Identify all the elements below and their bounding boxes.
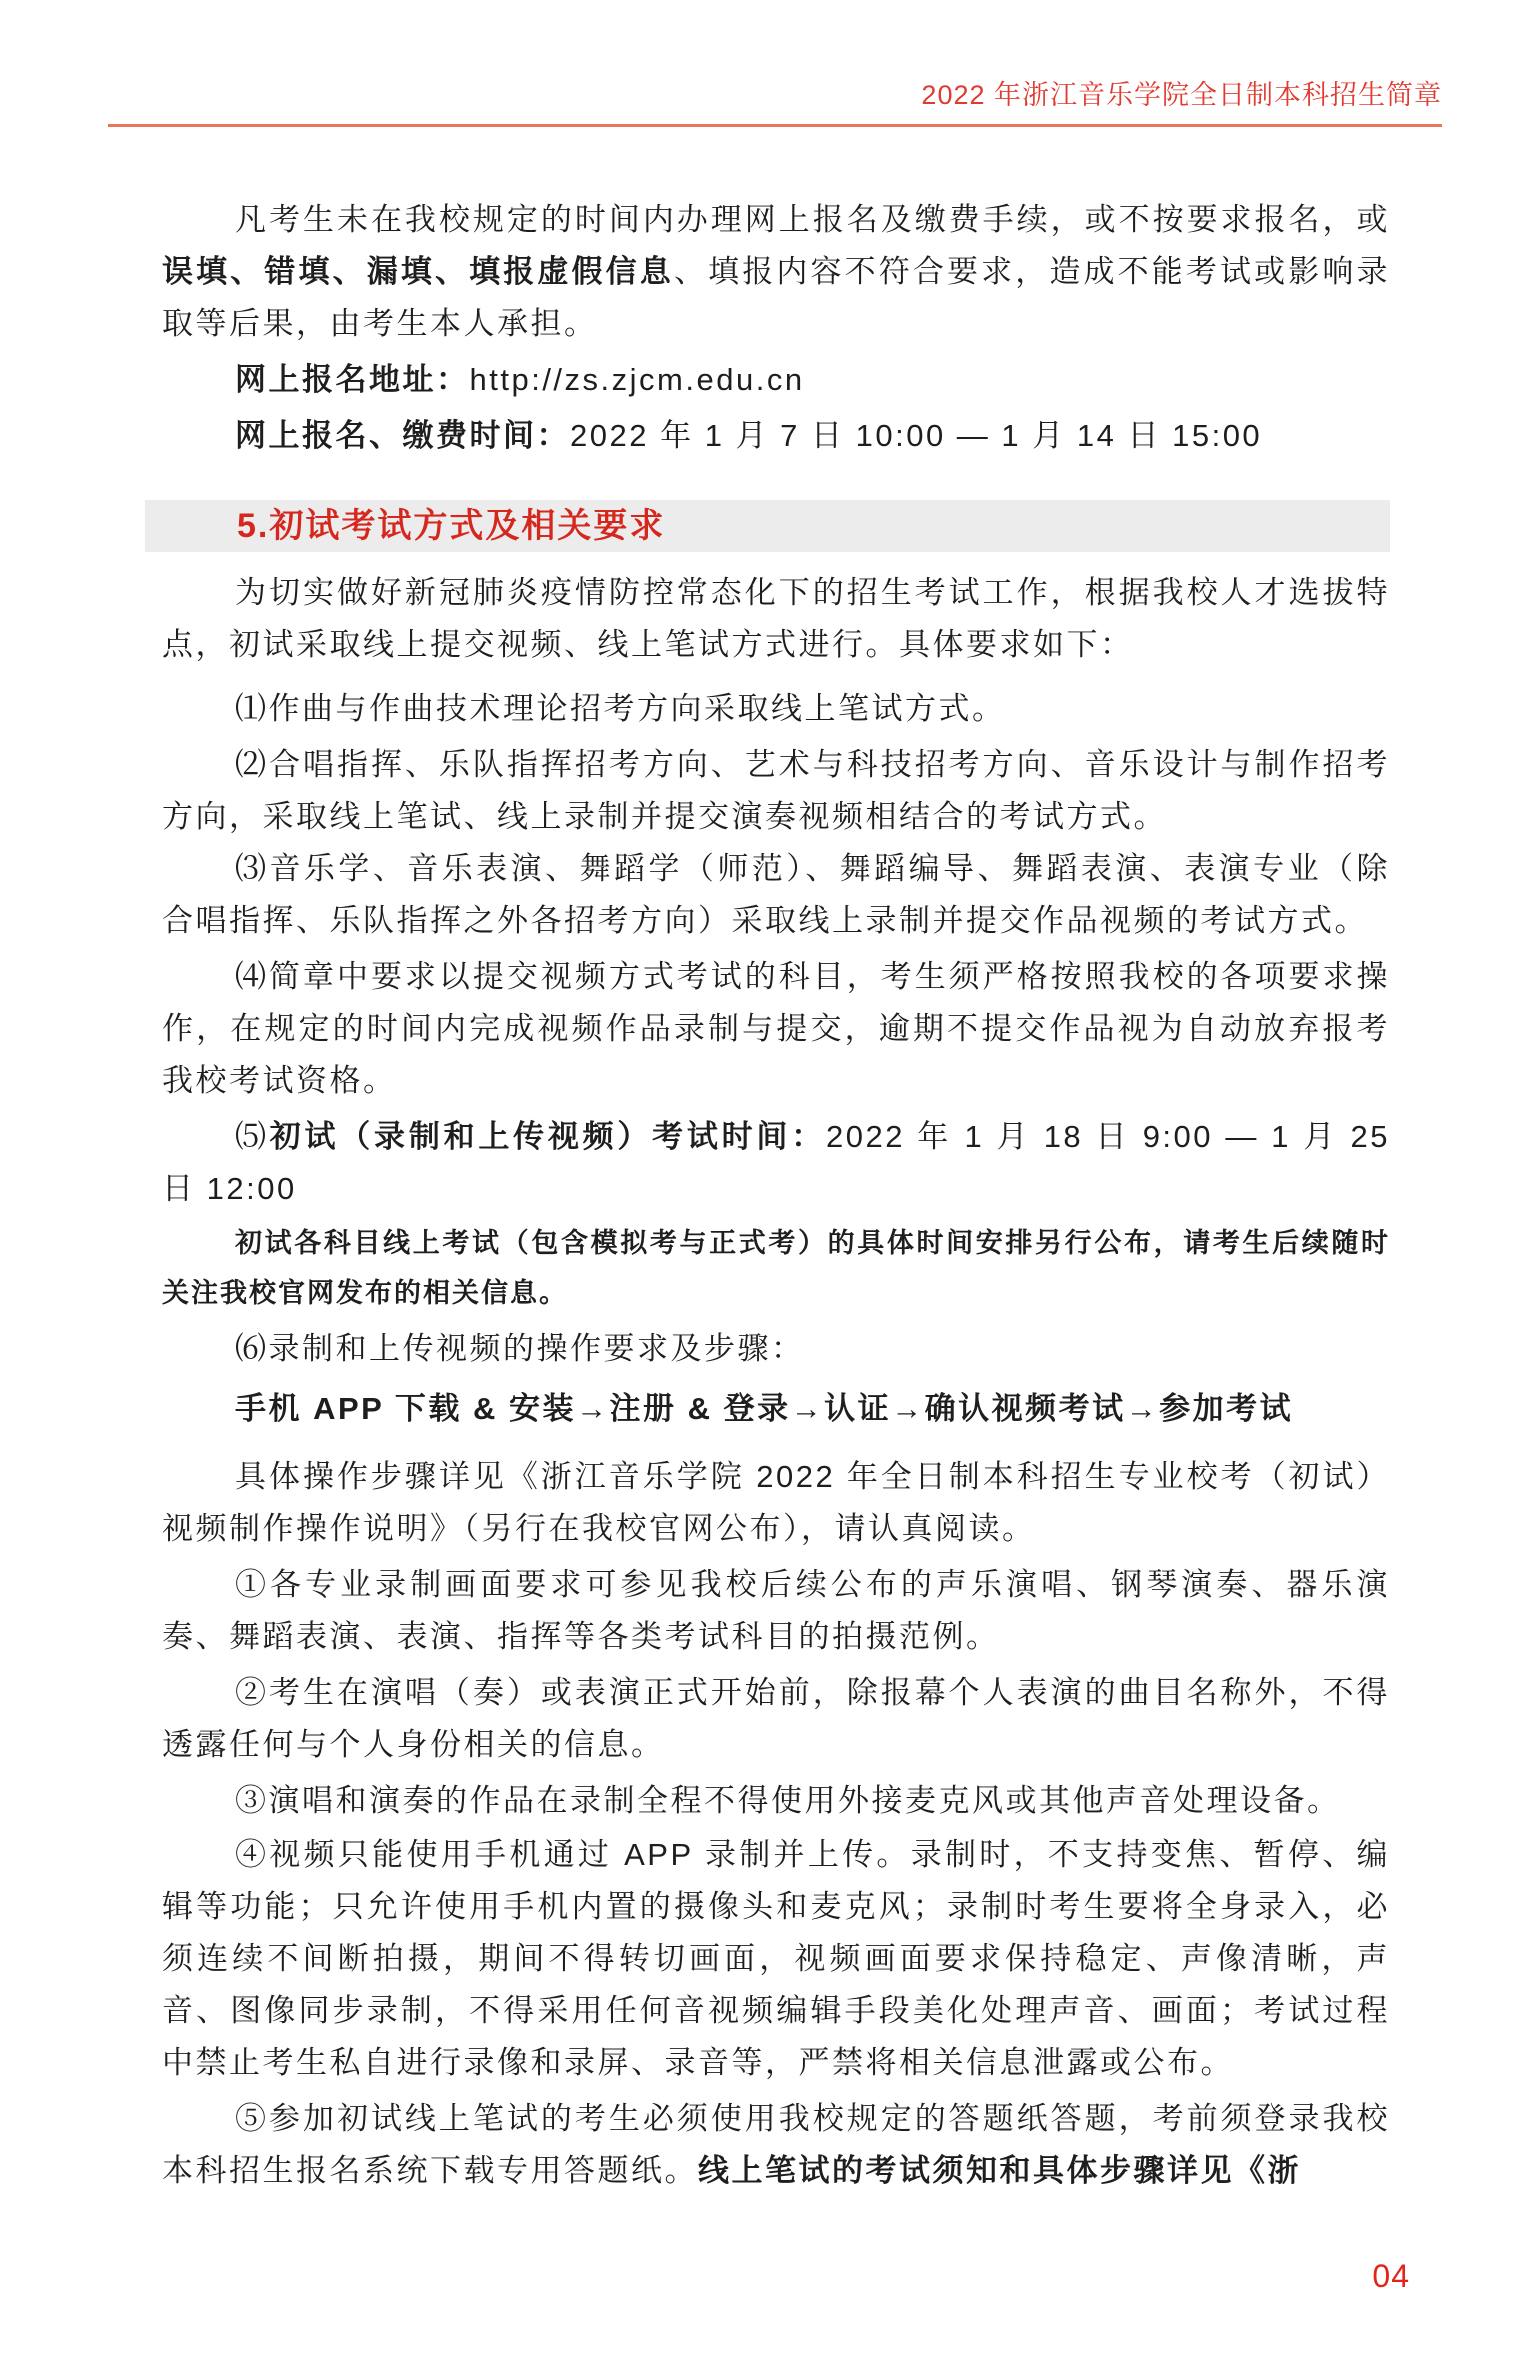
signup-time-label: 网上报名、缴费时间：: [235, 418, 570, 453]
paragraph-signup-url: 网上报名地址：http://zs.zjcm.edu.cn: [162, 354, 1390, 406]
section-heading: 5.初试考试方式及相关要求: [237, 507, 665, 545]
paragraph-registration-warning: 凡考生未在我校规定的时间内办理网上报名及缴费手续，或不按要求报名，或误填、错填、…: [162, 194, 1390, 350]
list-item-3: ⑶音乐学、音乐表演、舞蹈学（师范）、舞蹈编导、舞蹈表演、表演专业（除合唱指挥、乐…: [162, 843, 1390, 947]
warning-text-start: 凡考生未在我校规定的时间内办理网上报名及缴费手续，或不按要求报名，或: [235, 202, 1390, 237]
list-item-2: ⑵合唱指挥、乐队指挥招考方向、艺术与科技招考方向、音乐设计与制作招考方向，采取线…: [162, 739, 1390, 843]
signup-url-value: http://zs.zjcm.edu.cn: [470, 362, 805, 397]
sub-item-4: ④视频只能使用手机通过 APP 录制并上传。录制时，不支持变焦、暂停、编辑等功能…: [162, 1829, 1390, 2089]
list-item-1: ⑴作曲与作曲技术理论招考方向采取线上笔试方式。: [162, 683, 1390, 735]
sub-item-2: ②考生在演唱（奏）或表演正式开始前，除报幕个人表演的曲目名称外，不得透露任何与个…: [162, 1667, 1390, 1771]
sub-item-1: ①各专业录制画面要求可参见我校后续公布的声乐演唱、钢琴演奏、器乐演奏、舞蹈表演、…: [162, 1559, 1390, 1663]
sub5-text-bold: 线上笔试的考试须知和具体步骤详见《浙: [698, 2153, 1301, 2188]
page-header: 2022 年浙江音乐学院全日制本科招生简章: [108, 78, 1442, 112]
list-item-6: ⑹录制和上传视频的操作要求及步骤：: [162, 1323, 1390, 1375]
paragraph-app-flow: 手机 APP 下载 & 安装→注册 & 登录→认证→确认视频考试→参加考试: [162, 1383, 1390, 1435]
header-divider-rule: [108, 124, 1442, 127]
item5-number: ⑸: [235, 1119, 270, 1154]
signup-time-value: 2022 年 1 月 7 日 10:00 — 1 月 14 日 15:00: [570, 418, 1262, 453]
page-number: 04: [1372, 2256, 1410, 2296]
header-title: 2022 年浙江音乐学院全日制本科招生简章: [108, 78, 1442, 112]
section-heading-band: 5.初试考试方式及相关要求: [145, 500, 1390, 552]
document-body: 凡考生未在我校规定的时间内办理网上报名及缴费手续，或不按要求报名，或误填、错填、…: [162, 194, 1390, 2197]
sub-item-5: ⑤参加初试线上笔试的考生必须使用我校规定的答题纸答题，考前须登录我校本科招生报名…: [162, 2093, 1390, 2197]
sub-item-3: ③演唱和演奏的作品在录制全程不得使用外接麦克风或其他声音处理设备。: [162, 1775, 1390, 1827]
list-item-4: ⑷简章中要求以提交视频方式考试的科目，考生须严格按照我校的各项要求操作，在规定的…: [162, 951, 1390, 1107]
paragraph-schedule-notice: 初试各科目线上考试（包含模拟考与正式考）的具体时间安排另行公布，请考生后续随时关…: [162, 1218, 1390, 1318]
paragraph-exam-overview: 为切实做好新冠肺炎疫情防控常态化下的招生考试工作，根据我校人才选拔特点，初试采取…: [162, 567, 1390, 671]
paragraph-steps-intro: 具体操作步骤详见《浙江音乐学院 2022 年全日制本科招生专业校考（初试）视频制…: [162, 1451, 1390, 1555]
signup-url-label: 网上报名地址：: [235, 362, 470, 397]
paragraph-signup-time: 网上报名、缴费时间：2022 年 1 月 7 日 10:00 — 1 月 14 …: [162, 410, 1390, 462]
item5-label: 初试（录制和上传视频）考试时间：: [270, 1119, 826, 1154]
warning-text-bold: 误填、错填、漏填、填报虚假信息: [162, 254, 674, 289]
list-item-5: ⑸初试（录制和上传视频）考试时间：2022 年 1 月 18 日 9:00 — …: [162, 1111, 1390, 1215]
